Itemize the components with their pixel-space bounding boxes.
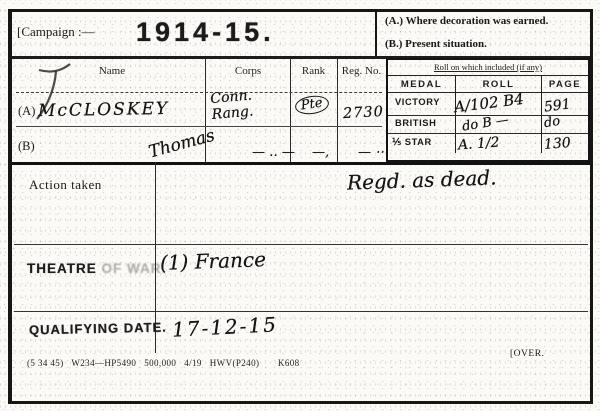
- theatre-of-war-label: THEATRE OF WAR.: [27, 261, 166, 276]
- row-a-underline: [16, 126, 382, 127]
- note-b-label: (B.): [385, 38, 402, 50]
- row-b-firstname-value: Thomas: [147, 126, 217, 163]
- action-theatre-divider: [14, 244, 588, 245]
- row-b-regno-mark: — ⋯: [358, 145, 388, 160]
- roll-col-roll: ROLL: [456, 76, 542, 92]
- column-header-corps: Corps: [207, 65, 289, 77]
- roll-col-medal: MEDAL: [388, 76, 456, 92]
- qualifying-date-value: 17-12-15: [171, 312, 278, 342]
- star-page-value: 130: [543, 135, 571, 153]
- row-a-regno-value: 2730: [343, 104, 385, 122]
- victory-page-value: 591: [543, 96, 571, 115]
- medal-star-label: ⅕ STAR: [388, 134, 456, 153]
- row-b-corps-mark: — ‥ —: [252, 145, 295, 160]
- note-a-label: (A.): [385, 15, 403, 27]
- action-taken-value: Regd. as dead.: [347, 165, 497, 194]
- theatre-label-strong: THEATRE: [27, 261, 97, 276]
- roll-col-page: PAGE: [542, 76, 588, 92]
- theatre-of-war-value: (1) France: [160, 247, 267, 275]
- note-a-text: Where decoration was earned.: [406, 15, 549, 27]
- over-label: [OVER.: [510, 349, 544, 359]
- medal-index-card-scan: { "colors": {"ink": "#1b1b1b", "paper": …: [0, 0, 600, 411]
- row-a-label: (A): [18, 104, 35, 119]
- medal-british-label: BRITISH: [388, 116, 456, 133]
- roll-box-header-row: MEDAL ROLL PAGE: [388, 76, 588, 93]
- row-b-rank-mark: —‚: [312, 145, 329, 160]
- row-a-rank-value: Pte: [294, 94, 330, 117]
- action-taken-label: Action taken: [29, 177, 102, 193]
- medal-roll-box: Roll on which included (if any) MEDAL RO…: [386, 58, 590, 162]
- row-a-name-value: McCLOSKEY: [38, 99, 169, 121]
- campaign-value: 1914-15.: [136, 17, 275, 48]
- note-b-text: Present situation.: [405, 38, 487, 50]
- column-header-name: Name: [52, 65, 172, 77]
- medal-victory-label: VICTORY: [388, 93, 456, 115]
- note-a: (A.) Where decoration was earned.: [385, 15, 548, 27]
- print-code: (5 34 45) W234—HP5490 500,000 4/19 HWV(P…: [27, 358, 300, 368]
- qualifying-date-label: QUALIFYING DATE.: [29, 320, 167, 338]
- note-b: (B.) Present situation.: [385, 38, 487, 50]
- theatre-qualifying-divider: [14, 311, 588, 312]
- star-roll-value: A. 1/2: [457, 135, 500, 154]
- roll-box-title: Roll on which included (if any): [388, 60, 588, 76]
- column-header-rank: Rank: [290, 65, 337, 77]
- header-underline-dashed: [16, 92, 382, 93]
- decoration-note-box: (A.) Where decoration was earned. (B.) P…: [375, 12, 590, 56]
- row-a-corps-value: Conn. Rang.: [210, 85, 283, 123]
- british-page-value: do: [543, 114, 561, 131]
- theatre-label-faded: OF WAR.: [102, 261, 167, 276]
- table-bottom-thick-line: [12, 162, 590, 165]
- index-card: [Campaign :— 1914-15. (A.) Where decorat…: [8, 9, 593, 404]
- row-b-label: (B): [18, 139, 35, 154]
- campaign-label: [Campaign :—: [17, 24, 95, 40]
- column-header-regno: Reg. No.: [337, 65, 386, 77]
